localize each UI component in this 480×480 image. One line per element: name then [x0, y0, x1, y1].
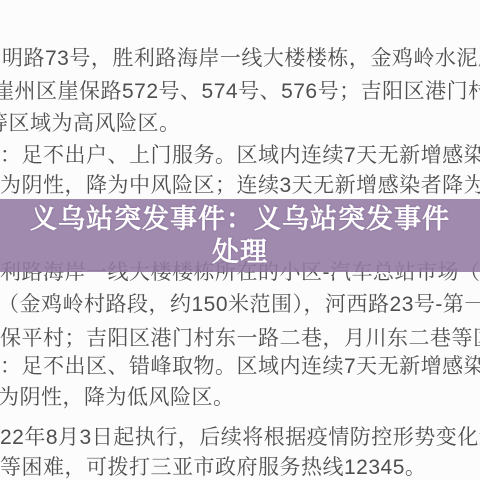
- article-line: ：足不出户、上门服务。区域内连续7天无新增感染者，且第7天风险: [0, 144, 480, 167]
- article-line: 等困难，可拨打三亚市政府服务热线12345。: [0, 456, 426, 479]
- article-line: 明路73号，胜利路海岸一线大楼楼栋，金鸡岭水泥厂大通小区A栋，: [2, 47, 480, 70]
- page-title-wrap: 处理: [212, 236, 268, 269]
- article-line: 22年8月3日起执行，后续将根据疫情防控形势变化适时调整。中、低: [0, 426, 480, 449]
- article-line: （金鸡岭村路段，约150米范围），河西路23号-第一市场（河西路路: [0, 293, 480, 316]
- article-line: 等区域为高风险区。: [0, 112, 181, 135]
- article-line: 保平村；吉阳区港门村东一路二巷，月川东二巷等区域为中风险区。: [0, 327, 480, 350]
- page-title: 义乌站突发事件：义乌站突发事件: [30, 203, 450, 236]
- article-line: ：足不出区、错峰取物。区域内连续7天无新增感染者，且第7天风险: [0, 355, 480, 378]
- article-line: 崖州区崖保路572号、574号、576号；吉阳区港门村东一路二巷52号: [0, 80, 480, 103]
- article-line: 为阴性，降为中风险区；连续3天无新增感染者降为低风险区。: [0, 174, 480, 197]
- title-overlay-banner: 义乌站突发事件：义乌站突发事件 处理: [0, 199, 480, 272]
- article-page: 明路73号，胜利路海岸一线大楼楼栋，金鸡岭水泥厂大通小区A栋， 崖州区崖保路57…: [0, 0, 480, 480]
- article-line: 为阴性，降为低风险区。: [0, 386, 235, 409]
